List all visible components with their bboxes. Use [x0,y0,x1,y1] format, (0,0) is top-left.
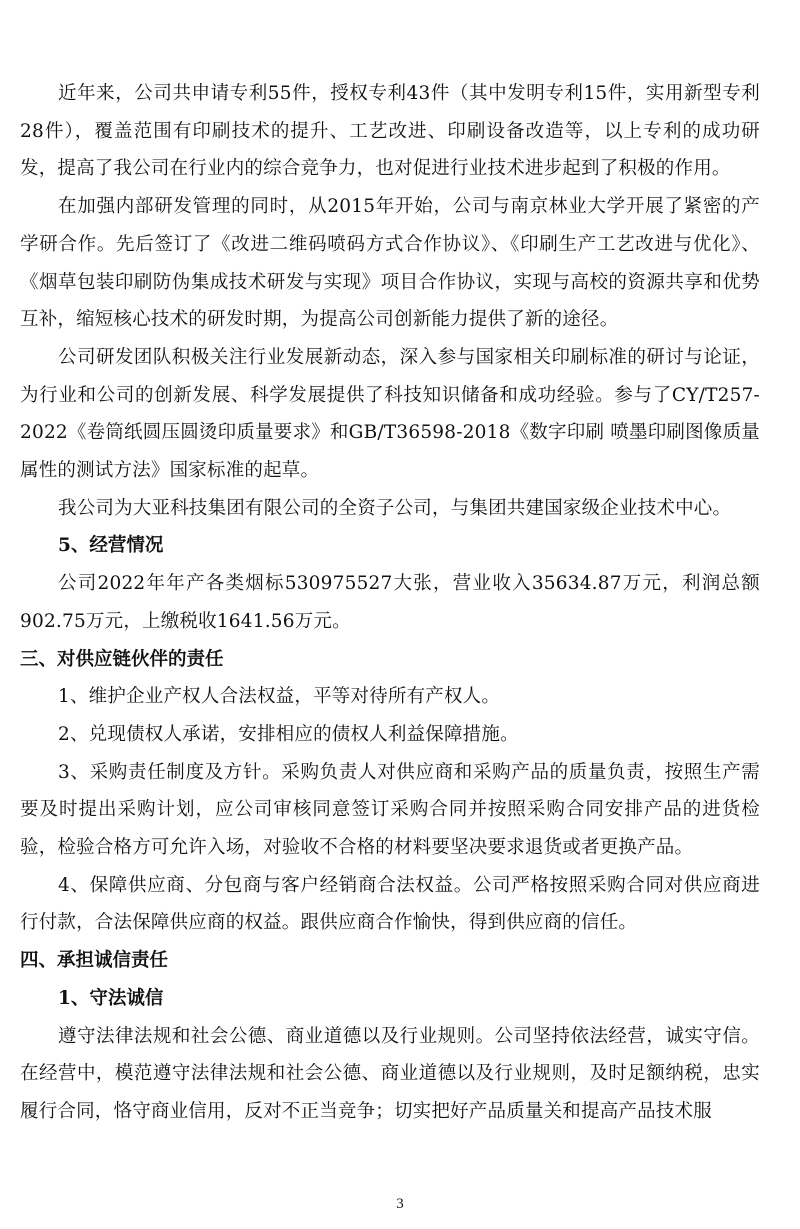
paragraph-operations: 公司2022年年产各类烟标530975527大张，营业收入35634.87万元，… [20,565,760,640]
list-item-3: 3、采购责任制度及方针。采购负责人对供应商和采购产品的质量负责，按照生产需要及时… [20,754,760,867]
heading-integrity: 四、承担诚信责任 [20,942,760,980]
subheading-law-abiding: 1、守法诚信 [20,980,760,1018]
page-number: 3 [0,1196,800,1213]
heading-supply-chain: 三、对供应链伙伴的责任 [20,641,760,679]
paragraph-subsidiary: 我公司为大亚科技集团有限公司的全资子公司，与集团共建国家级企业技术中心。 [20,490,760,528]
list-item-2: 2、兑现债权人承诺，安排相应的债权人利益保障措施。 [20,716,760,754]
paragraph-patents: 近年来，公司共申请专利55件，授权专利43件（其中发明专利15件，实用新型专利2… [20,75,760,188]
subheading-operations: 5、经营情况 [20,527,760,565]
paragraph-standards: 公司研发团队积极关注行业发展新动态，深入参与国家相关印刷标准的研讨与论证，为行业… [20,339,760,490]
list-item-1: 1、维护企业产权人合法权益，平等对待所有产权人。 [20,678,760,716]
paragraph-research-cooperation: 在加强内部研发管理的同时，从2015年开始，公司与南京林业大学开展了紧密的产学研… [20,188,760,339]
list-item-4: 4、保障供应商、分包商与客户经销商合法权益。公司严格按照采购合同对供应商进行付款… [20,867,760,942]
document-page: 近年来，公司共申请专利55件，授权专利43件（其中发明专利15件，实用新型专利2… [20,75,760,1131]
paragraph-law-abiding: 遵守法律法规和社会公德、商业道德以及行业规则。公司坚持依法经营，诚实守信。在经营… [20,1018,760,1131]
